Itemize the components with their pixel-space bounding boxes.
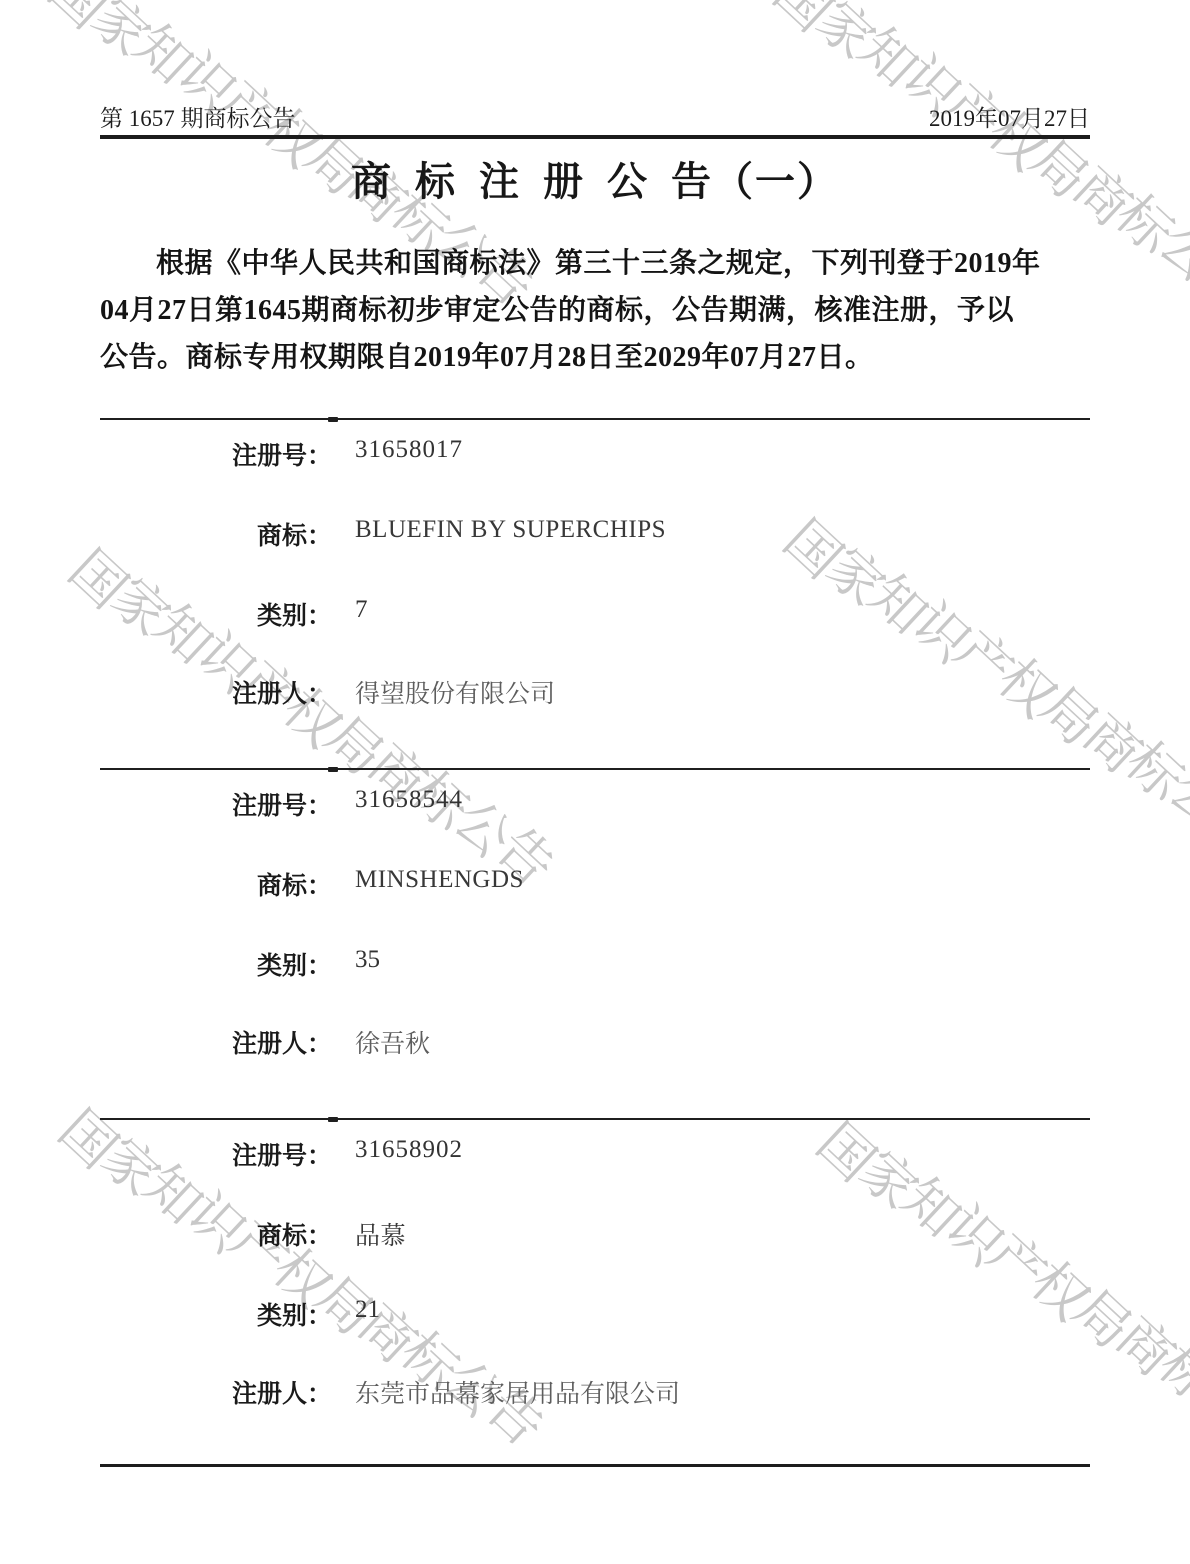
reg-no-row: 注册号： 31658902 [100,1136,1090,1170]
registrant-row: 注册人： 东莞市品幕家居用品有限公司 [100,1374,1090,1408]
registrant-label: 注册人： [100,1374,332,1410]
category-row: 类别： 7 [100,596,1090,630]
reg-no-value: 31658544 [355,786,463,814]
registrant-label: 注册人： [100,1024,332,1060]
gazette-page: 国家知识产权局商标公告 国家知识产权局商标公告 国家知识产权局商标公告 国家知识… [0,0,1190,1564]
header-divider [100,135,1090,139]
reg-no-value: 31658902 [355,1136,463,1164]
intro-line-3: 公告。商标专用权期限自2019年07月28日至2029年07月27日。 [100,334,1090,381]
category-row: 类别： 35 [100,946,1090,980]
intro-line-1: 根据《中华人民共和国商标法》第三十三条之规定，下列刊登于2019年 [100,240,1090,287]
reg-no-value: 31658017 [355,436,463,464]
category-value: 7 [355,596,368,624]
mark-label: 商标： [100,516,332,552]
mark-label: 商标： [100,866,332,902]
mark-row: 商标： 品慕 [100,1216,1090,1250]
category-label: 类别： [100,596,332,632]
page-content: 第 1657 期商标公告 2019年07月27日 商 标 注 册 公 告（一） … [0,0,1190,1564]
category-label: 类别： [100,1296,332,1332]
page-title: 商 标 注 册 公 告（一） [100,150,1090,207]
reg-no-label: 注册号： [100,1136,332,1172]
category-label: 类别： [100,946,332,982]
registrant-row: 注册人： 得望股份有限公司 [100,674,1090,708]
intro-line-2: 04月27日第1645期商标初步审定公告的商标，公告期满，核准注册，予以 [100,287,1090,334]
reg-no-label: 注册号： [100,436,332,472]
reg-no-row: 注册号： 31658017 [100,436,1090,470]
mark-row: 商标： BLUEFIN BY SUPERCHIPS [100,516,1090,550]
category-row: 类别： 21 [100,1296,1090,1330]
gazette-date: 2019年07月27日 [929,100,1090,133]
mark-value: MINSHENGDS [355,866,524,894]
registrant-value: 得望股份有限公司 [355,674,555,710]
trademark-entry: 注册号： 31658902 商标： 品慕 类别： 21 注册人： 东莞市品幕家居… [100,1118,1090,1470]
trademark-entry: 注册号： 31658017 商标： BLUEFIN BY SUPERCHIPS … [100,418,1090,770]
category-value: 21 [355,1296,380,1324]
bottom-divider [100,1464,1090,1467]
reg-no-row: 注册号： 31658544 [100,786,1090,820]
category-value: 35 [355,946,380,974]
registrant-value: 徐吾秋 [355,1024,430,1060]
registrant-label: 注册人： [100,674,332,710]
registrant-row: 注册人： 徐吾秋 [100,1024,1090,1058]
intro-paragraph: 根据《中华人民共和国商标法》第三十三条之规定，下列刊登于2019年 04月27日… [100,240,1090,381]
registrant-value: 东莞市品幕家居用品有限公司 [355,1374,680,1410]
mark-value: BLUEFIN BY SUPERCHIPS [355,516,666,544]
gazette-issue-number: 第 1657 期商标公告 [100,100,296,133]
mark-label: 商标： [100,1216,332,1252]
trademark-entry: 注册号： 31658544 商标： MINSHENGDS 类别： 35 注册人：… [100,768,1090,1120]
reg-no-label: 注册号： [100,786,332,822]
mark-value: 品慕 [355,1216,406,1252]
mark-row: 商标： MINSHENGDS [100,866,1090,900]
